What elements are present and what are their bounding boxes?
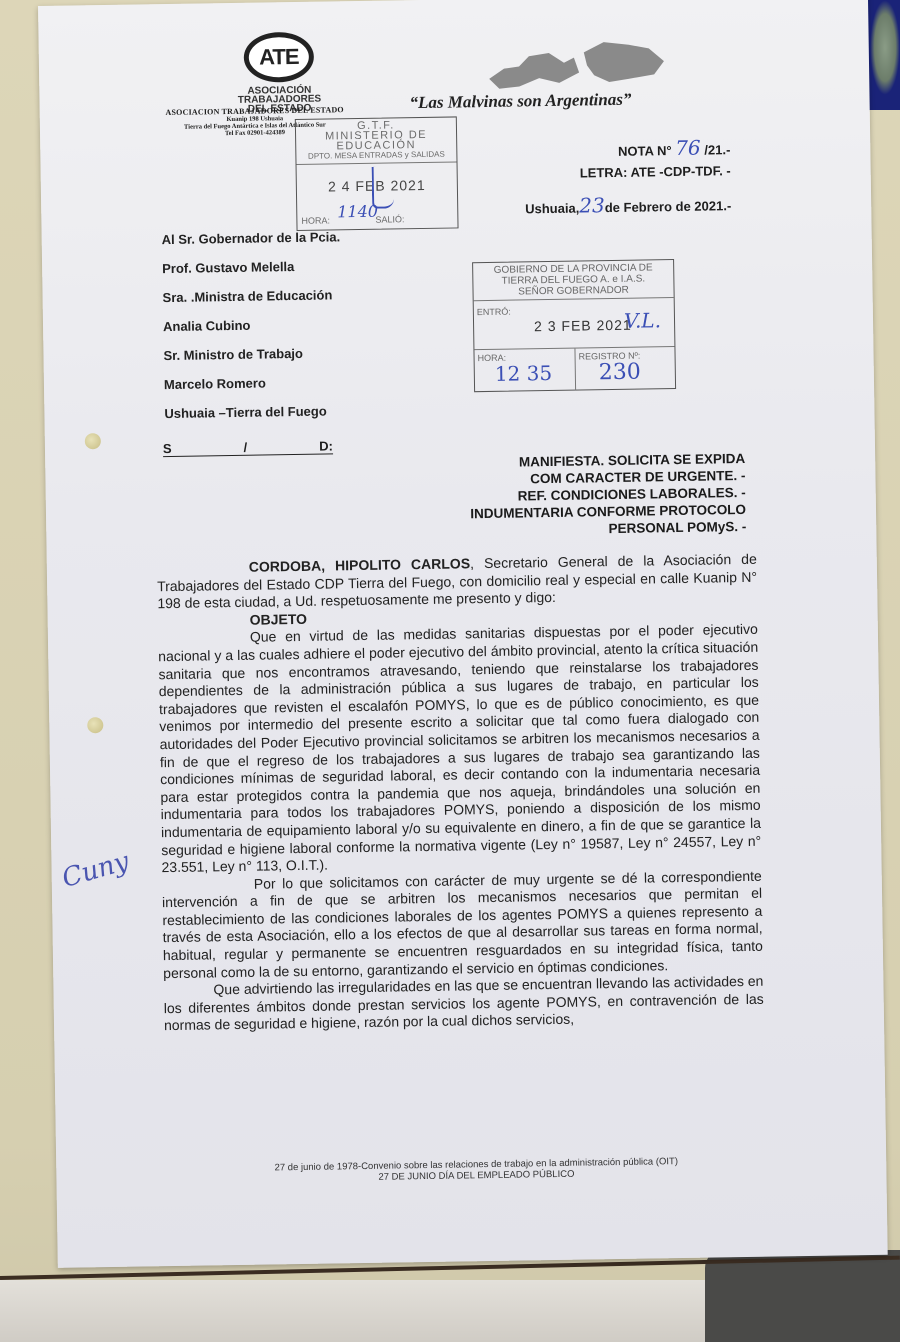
- punch-hole: [85, 433, 101, 449]
- nota-label: NOTA N°: [618, 143, 672, 159]
- city: Ushuaia,: [525, 201, 579, 217]
- background-dark-object: [705, 1250, 900, 1342]
- paragraph: Que en virtud de las medidas sanitarias …: [158, 621, 762, 877]
- stamp-date: 2 3 FEB 2021: [534, 317, 632, 335]
- addressee-line: Sr. Ministro de Trabajo: [163, 345, 342, 377]
- date-rest: de Febrero de 2021.-: [605, 198, 732, 215]
- stamp-line: MINISTERIO DE EDUCACIÓN: [296, 129, 456, 152]
- stamp-divider: [574, 349, 576, 391]
- page-footer: 27 de junio de 1978-Convenio sobre las r…: [236, 1155, 716, 1185]
- salio-label: SALIÓ:: [375, 214, 404, 224]
- addressee-line: Analia Cubino: [163, 316, 342, 348]
- punch-hole: [87, 717, 103, 733]
- margin-signature: Cuny: [59, 846, 133, 894]
- paragraph: Por lo que solicitamos con carácter de m…: [162, 867, 764, 982]
- letra: LETRA: ATE -CDP-TDF. -: [511, 163, 731, 194]
- nota-suffix: /21.-: [704, 142, 730, 157]
- fabric-pattern: [870, 0, 900, 95]
- malvinas-map-icon: [479, 36, 680, 94]
- subject-block: MANIFIESTA. SOLICITA SE EXPIDA COM CARAC…: [425, 450, 746, 540]
- governor-stamp: GOBIERNO DE LA PROVINCIA DE TIERRA DEL F…: [472, 259, 676, 392]
- motto: “Las Malvinas son Argentinas”: [409, 90, 631, 113]
- entro-label: ENTRÓ:: [477, 307, 511, 318]
- document-page: ATE ASOCIACIÓN TRABAJADORES DEL ESTADO A…: [38, 0, 888, 1268]
- ate-logo: ATE ASOCIACIÓN TRABAJADORES DEL ESTADO: [218, 31, 339, 114]
- addressee-line: Al Sr. Gobernador de la Pcia.: [162, 229, 341, 261]
- addressee-line: Marcelo Romero: [164, 374, 343, 406]
- letter-body: CORDOBA, HIPOLITO CARLOS, Secretario Gen…: [157, 551, 764, 1035]
- education-ministry-stamp: G.T.F. MINISTERIO DE EDUCACIÓN DPTO. MES…: [295, 116, 459, 231]
- hora-label: HORA:: [301, 215, 330, 225]
- hora-handwritten: 12 35: [495, 361, 553, 386]
- sd-d: D:: [319, 438, 333, 453]
- nota-number: 76: [675, 136, 701, 160]
- note-info: NOTA N° 76 /21.- LETRA: ATE -CDP-TDF. - …: [510, 135, 731, 222]
- stamp-line: DPTO. MESA ENTRADAS y SALIDAS: [296, 149, 456, 162]
- salutation-sd: S / D:: [163, 438, 333, 457]
- addressee-line: Ushuaia –Tierra del Fuego: [164, 403, 343, 435]
- hora-handwritten: 1140: [337, 202, 378, 222]
- sender-name: CORDOBA, HIPOLITO CARLOS: [249, 555, 471, 574]
- sd-slash: /: [243, 440, 247, 455]
- paragraph: Que advirtiendo las irregularidades en l…: [163, 973, 764, 1035]
- addressee-block: Al Sr. Gobernador de la Pcia. Prof. Gust…: [162, 229, 344, 435]
- stamp-signature: V.L.: [624, 308, 661, 333]
- ate-logo-mark: ATE: [243, 32, 314, 83]
- day-handwritten: 23: [579, 193, 605, 217]
- addressee-line: Sra. .Ministra de Educación: [162, 287, 341, 319]
- registro-handwritten: 230: [599, 360, 641, 386]
- sd-s: S: [163, 441, 172, 456]
- addressee-line: Prof. Gustavo Melella: [162, 258, 341, 290]
